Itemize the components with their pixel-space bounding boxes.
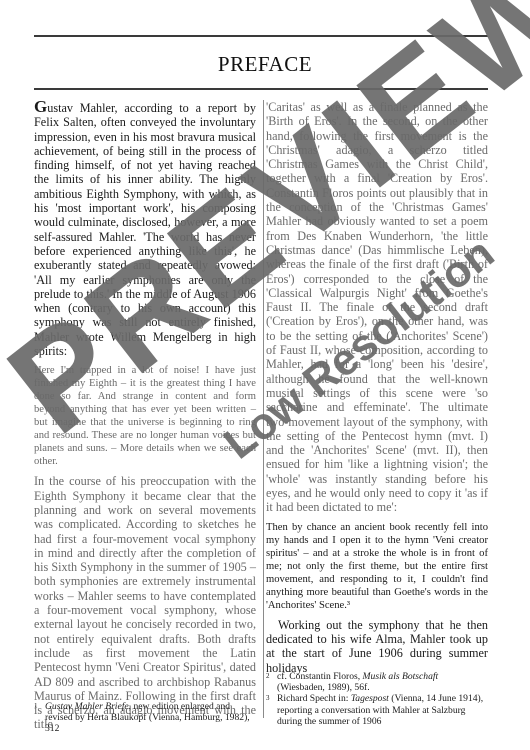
drop-cap: G [34, 97, 47, 116]
right-block-quote: Then by chance an ancient book recently … [266, 521, 488, 612]
right-column: 'Caritas' as well as a finale planned as… [266, 100, 488, 675]
footnote-number: 1 [34, 701, 40, 735]
footnote-number: 3 [266, 693, 272, 727]
column-divider [263, 100, 264, 718]
footnote-text: Gustav Mahler Briefe, new edition enlarg… [45, 701, 256, 735]
title-rule-top [34, 35, 488, 37]
footnote-2: 2 cf. Constantin Floros, Musik als Botsc… [266, 671, 488, 693]
left-paragraph-1-text: ustav Mahler, according to a report by F… [34, 101, 256, 358]
left-paragraph-1: Gustav Mahler, according to a report by … [34, 100, 256, 358]
footnote-prefix: Richard Specht in: [277, 693, 351, 704]
footnote-title: Musik als Botschaft [363, 671, 439, 682]
left-paragraph-2: In the course of his preoccupation with … [34, 474, 256, 731]
footnote-3: 3 Richard Specht in: Tagespost (Vienna, … [266, 693, 488, 727]
footnote-title: Gustav Mahler Briefe [45, 701, 129, 712]
footnote-detail: (Wiesbaden, 1989), 56f. [277, 682, 370, 693]
footnote-text: Richard Specht in: Tagespost (Vienna, 14… [277, 693, 488, 727]
left-column: Gustav Mahler, according to a report by … [34, 100, 256, 732]
left-block-quote: Here I'm trapped in a lot of noise! I ha… [34, 364, 256, 468]
footnote-prefix: cf. Constantin Floros, [277, 671, 363, 682]
title-rule-bottom [34, 88, 488, 90]
footnote-1: 1 Gustav Mahler Briefe, new edition enla… [34, 701, 256, 735]
right-footnotes: 2 cf. Constantin Floros, Musik als Botsc… [266, 671, 488, 727]
footnote-number: 2 [266, 671, 272, 693]
footnote-text: cf. Constantin Floros, Musik als Botscha… [277, 671, 488, 693]
right-paragraph-2: Working out the symphony that he then de… [266, 618, 488, 675]
left-footnotes: 1 Gustav Mahler Briefe, new edition enla… [34, 701, 256, 735]
page-title: PREFACE [0, 52, 530, 77]
footnote-title: Tagespost [351, 693, 389, 704]
right-paragraph-1: 'Caritas' as well as a finale planned as… [266, 100, 488, 515]
